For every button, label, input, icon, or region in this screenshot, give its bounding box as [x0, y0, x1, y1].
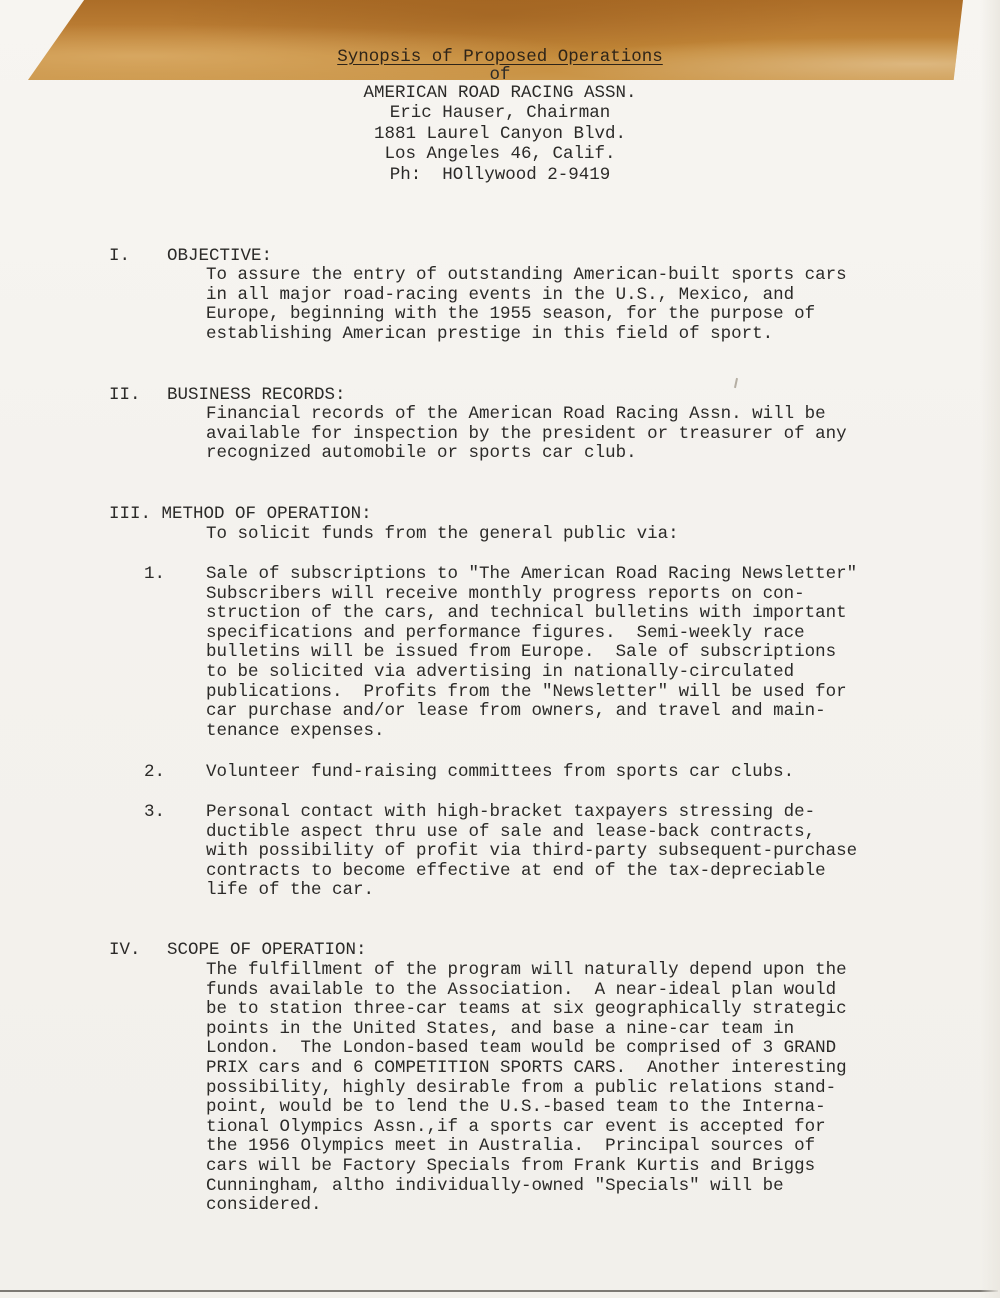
paragraph-line: be to station three-car teams at six geo…: [206, 1000, 847, 1020]
paragraph-line: points in the United States, and base a …: [206, 1020, 847, 1040]
paper-edge: [980, 0, 1000, 1298]
section-number: II.: [109, 385, 167, 405]
paragraph-line: possibility, highly desirable from a pub…: [206, 1079, 847, 1099]
list-line: Subscribers will receive monthly progres…: [206, 585, 857, 605]
paragraph-line: The fulfillment of the program will natu…: [206, 961, 847, 981]
header-of: of: [0, 68, 1000, 83]
paragraph-line: To assure the entry of outstanding Ameri…: [206, 266, 847, 286]
section-title: SCOPE OF OPERATION:: [167, 940, 367, 960]
list-marker: 3.: [144, 803, 165, 823]
section-number: III.: [109, 504, 151, 524]
list-line: Personal contact with high-bracket taxpa…: [206, 803, 857, 823]
list-line: ductible aspect thru use of sale and lea…: [206, 823, 857, 843]
objective-paragraph: To assure the entry of outstanding Ameri…: [206, 266, 847, 344]
section-heading-business-records: II.BUSINESS RECORDS:: [88, 365, 346, 405]
list-marker: 1.: [144, 565, 165, 585]
paragraph-line: in all major road-racing events in the U…: [206, 286, 847, 306]
list-line: car purchase and/or lease from owners, a…: [206, 702, 857, 722]
paragraph-line: point, would be to lend the U.S.-based t…: [206, 1098, 847, 1118]
list-line: publications. Profits from the "Newslett…: [206, 683, 857, 703]
list-line: specifications and performance figures. …: [206, 624, 857, 644]
address-line-2: Los Angeles 46, Calif.: [0, 144, 1000, 165]
phone-number: Ph: HOllywood 2-9419: [0, 165, 1000, 186]
organization-name: AMERICAN ROAD RACING ASSN.: [0, 83, 1000, 104]
list-line: tenance expenses.: [206, 722, 857, 742]
paragraph-line: the 1956 Olympics meet in Australia. Pri…: [206, 1137, 847, 1157]
contact-name: Eric Hauser, Chairman: [0, 103, 1000, 124]
section-heading-objective: I.OBJECTIVE:: [88, 226, 272, 266]
section-title: METHOD OF OPERATION:: [162, 504, 372, 524]
list-line: Volunteer fund-raising committees from s…: [206, 763, 794, 783]
business-records-paragraph: Financial records of the American Road R…: [206, 405, 847, 464]
paragraph-line: recognized automobile or sports car club…: [206, 444, 847, 464]
paragraph-line: Europe, beginning with the 1955 season, …: [206, 305, 847, 325]
paragraph-line: Financial records of the American Road R…: [206, 405, 847, 425]
list-line: contracts to become effective at end of …: [206, 862, 857, 882]
list-line: Sale of subscriptions to "The American R…: [206, 565, 857, 585]
section-title: OBJECTIVE:: [167, 246, 272, 266]
paragraph-line: available for inspection by the presiden…: [206, 425, 847, 445]
paragraph-line: funds available to the Association. A ne…: [206, 981, 847, 1001]
section-title: BUSINESS RECORDS:: [167, 385, 346, 405]
list-marker: 2.: [144, 763, 165, 783]
address-line-1: 1881 Laurel Canyon Blvd.: [0, 124, 1000, 145]
paragraph-line: considered.: [206, 1196, 847, 1216]
paragraph-line: Cunningham, altho individually-owned "Sp…: [206, 1177, 847, 1197]
scope-paragraph: The fulfillment of the program will natu…: [206, 961, 847, 1216]
document-header: Synopsis of Proposed Operations of AMERI…: [0, 47, 1000, 185]
section-heading-scope-of-operation: IV.SCOPE OF OPERATION:: [88, 920, 367, 960]
section-number: IV.: [109, 940, 167, 960]
paragraph-line: To solicit funds from the general public…: [206, 525, 679, 545]
list-line: to be solicited via advertising in natio…: [206, 663, 857, 683]
method-intro-paragraph: To solicit funds from the general public…: [206, 525, 679, 545]
paragraph-line: establishing American prestige in this f…: [206, 325, 847, 345]
list-line: with possibility of profit via third-par…: [206, 842, 857, 862]
list-line: struction of the cars, and technical bul…: [206, 604, 857, 624]
list-line: life of the car.: [206, 881, 857, 901]
list-line: bulletins will be issued from Europe. Sa…: [206, 643, 857, 663]
paragraph-line: PRIX cars and 6 COMPETITION SPORTS CARS.…: [206, 1059, 847, 1079]
paragraph-line: London. The London-based team would be c…: [206, 1039, 847, 1059]
paragraph-line: cars will be Factory Specials from Frank…: [206, 1157, 847, 1177]
section-number: I.: [109, 246, 167, 266]
section-heading-method-of-operation: III. METHOD OF OPERATION:: [88, 484, 372, 524]
paragraph-line: tional Olympics Assn.,if a sports car ev…: [206, 1118, 847, 1138]
